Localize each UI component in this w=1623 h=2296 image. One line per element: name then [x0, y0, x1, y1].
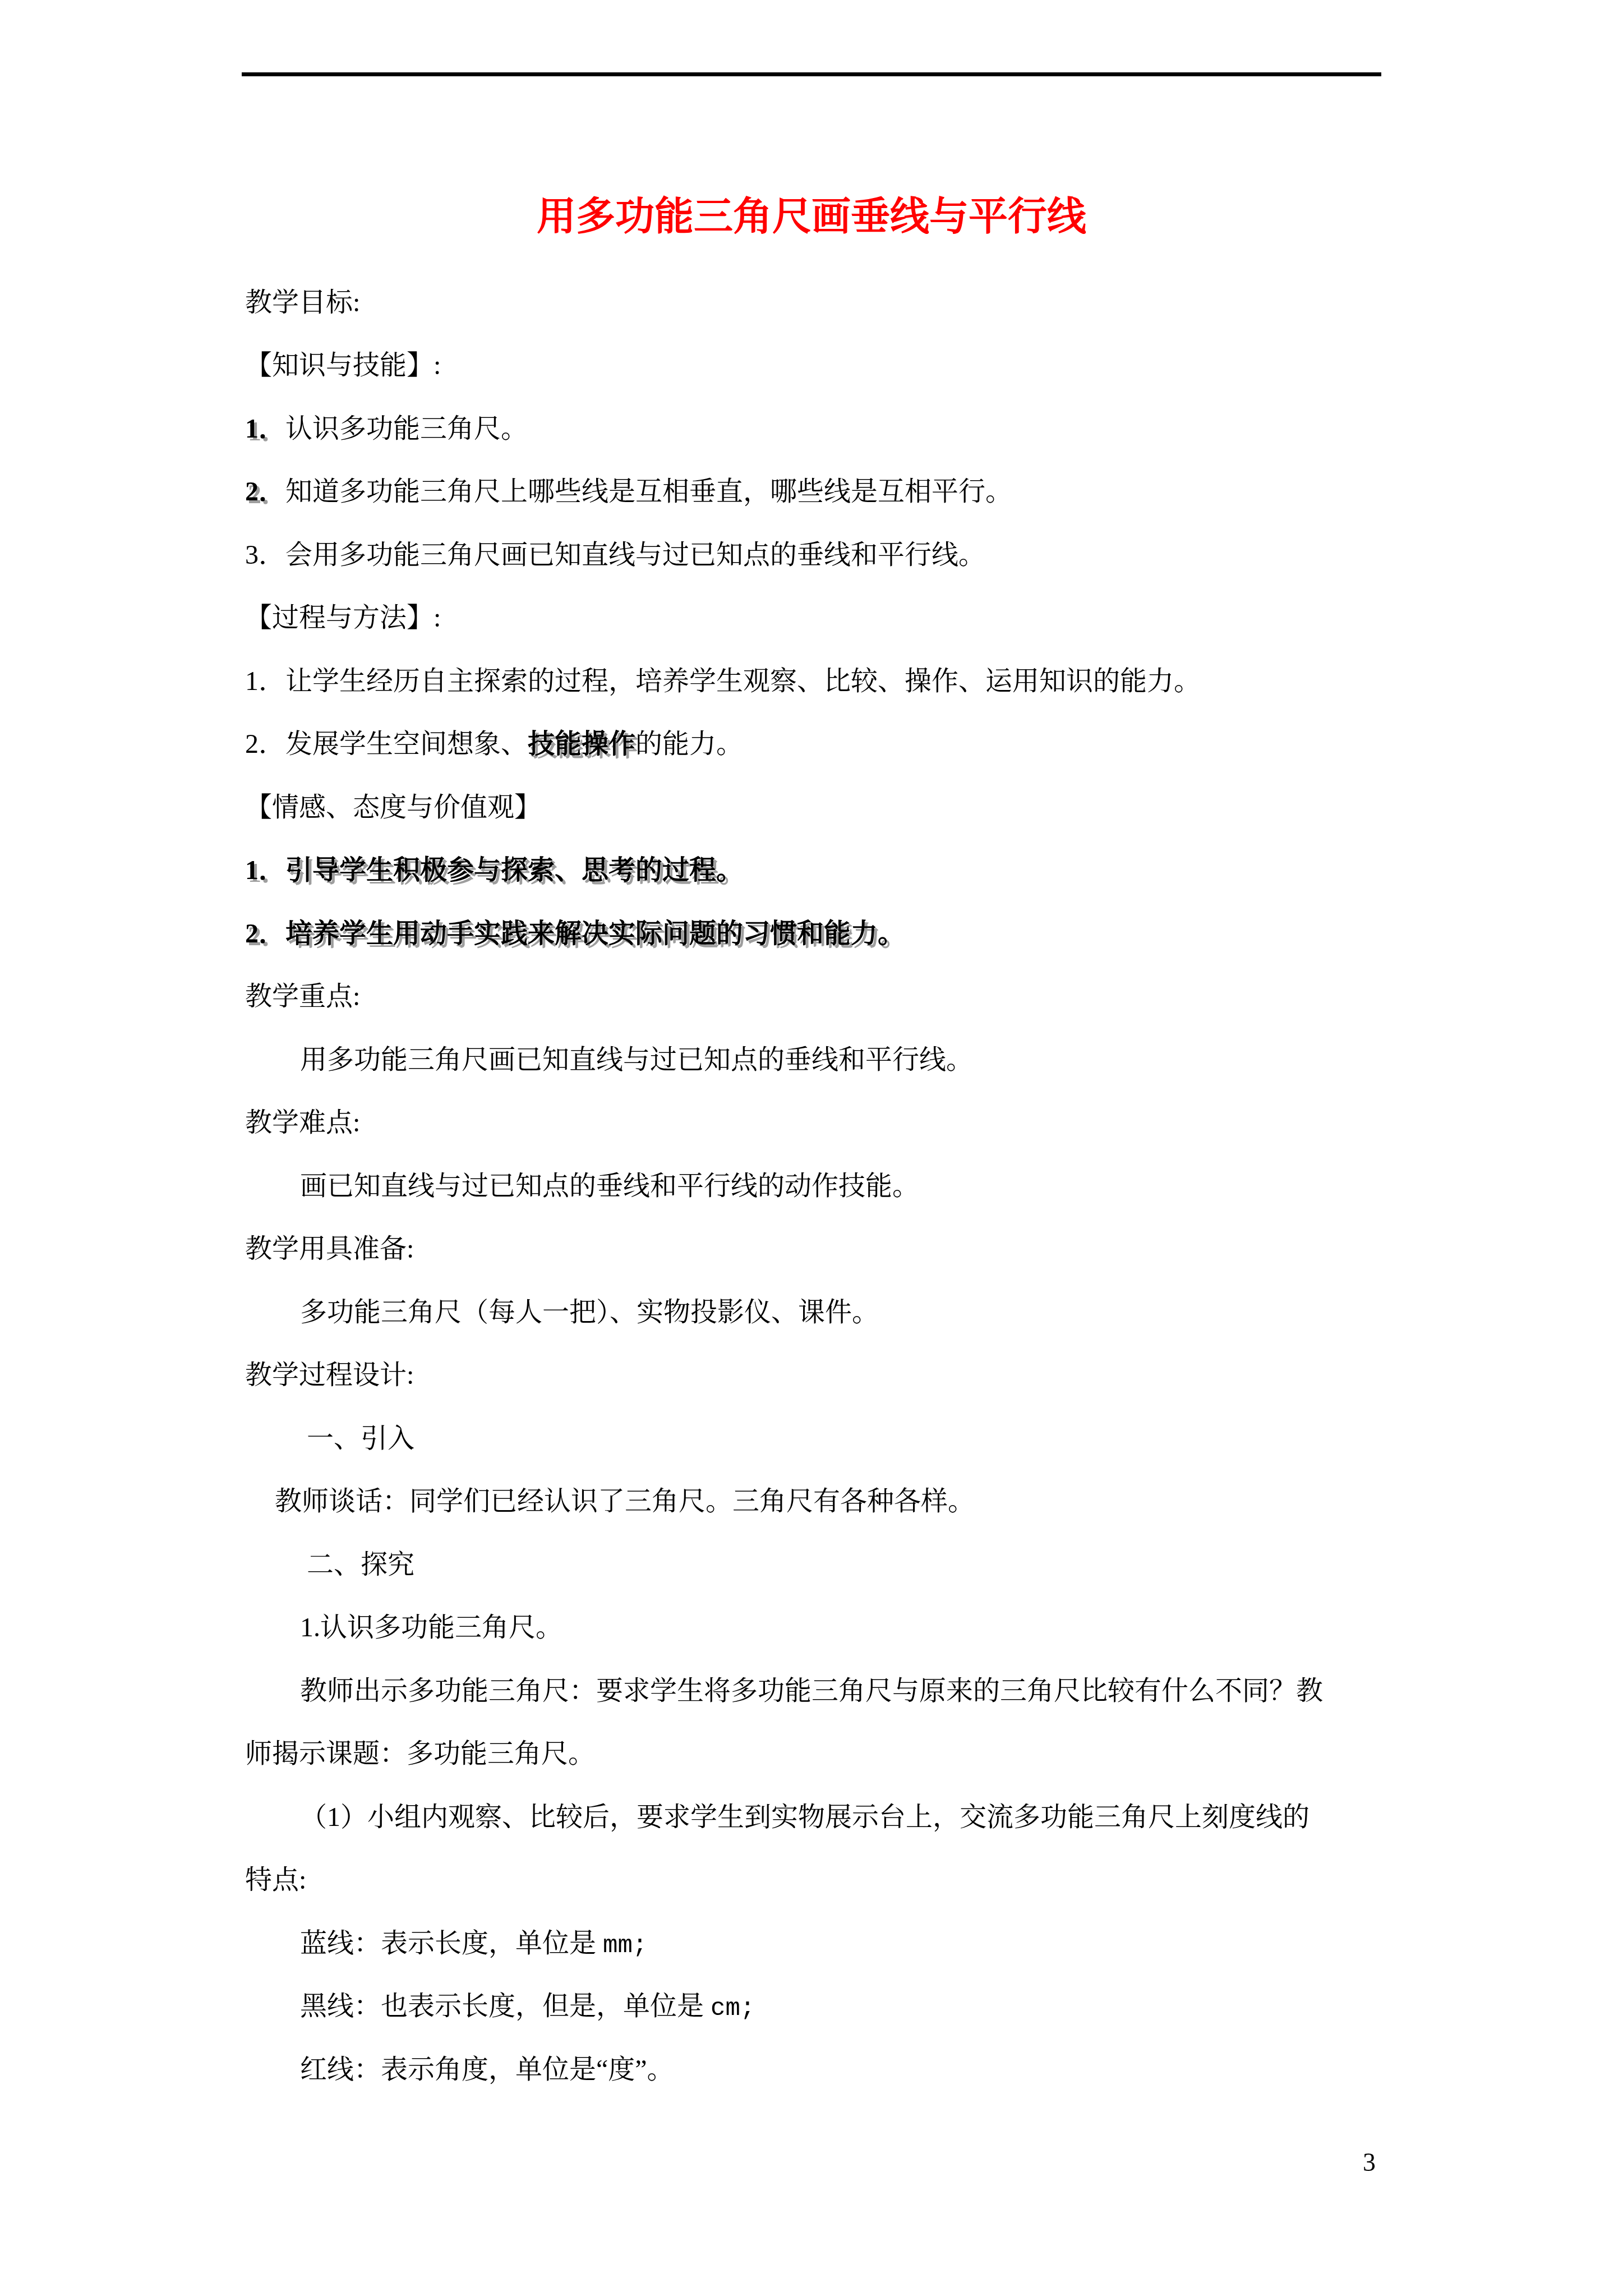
document-page: 用多功能三角尺画垂线与平行线 教学目标: 【知识与技能】: 1．认识多功能三角尺…	[0, 0, 1623, 2296]
para-teaching-aids-content: 多功能三角尺（每人一把）、实物投影仪、课件。	[300, 1281, 879, 1344]
para-observe-line1: （1）小组内观察、比较后，要求学生到实物展示台上，交流多功能三角尺上刻度线的	[300, 1786, 1310, 1849]
page-number: 3	[1363, 2132, 1376, 2193]
ks-item-2-text: 知道多功能三角尺上哪些线是互相垂直，哪些线是互相平行。	[285, 477, 1012, 507]
para-ks-item-3: 3．会用多功能三角尺画已知直线与过已知点的垂线和平行线。	[245, 524, 985, 587]
ks-item-2-number: 2．	[245, 477, 285, 507]
ks-item-1-text: 认识多功能三角尺。	[285, 414, 528, 444]
para-process-method-heading: 【过程与方法】:	[245, 587, 441, 650]
para-difficulties-content: 画已知直线与过已知点的垂线和平行线的动作技能。	[300, 1155, 919, 1218]
para-difficulties-heading: 教学难点:	[245, 1092, 360, 1154]
para-red-line: 红线：表示角度，单位是“度”。	[300, 2039, 674, 2101]
para-observe-line2: 特点:	[245, 1849, 306, 1912]
para-step-1: 1.认识多功能三角尺。	[300, 1596, 562, 1659]
para-teacher-talk: 教师谈话：同学们已经认识了三角尺。三角尺有各种各样。	[275, 1470, 975, 1533]
pm-item-2-tail: 的能力。	[635, 729, 743, 759]
para-ks-item-2: 2．知道多功能三角尺上哪些线是互相垂直，哪些线是互相平行。	[245, 461, 1012, 523]
para-knowledge-skills-heading: 【知识与技能】:	[245, 334, 441, 397]
para-teacher-show-line1: 教师出示多功能三角尺：要求学生将多功能三角尺与原来的三角尺比较有什么不同？教	[300, 1660, 1323, 1723]
para-black-line: 黑线：也表示长度，但是，单位是 cm;	[300, 1975, 755, 2038]
para-teaching-goals-heading: 教学目标:	[245, 272, 360, 334]
ks-item-1-number: 1．	[245, 414, 285, 444]
para-section-2-explore: 二、探究	[307, 1534, 414, 1596]
blue-line-unit: mm;	[603, 1932, 647, 1960]
black-line-text: 黑线：也表示长度，但是，单位是	[300, 1991, 711, 2021]
page-title: 用多功能三角尺画垂线与平行线	[0, 185, 1623, 250]
para-av-item-1: 1．引导学生积极参与探索、思考的过程。	[245, 839, 743, 902]
para-pm-item-2: 2．发展学生空间想象、技能操作的能力。	[245, 713, 743, 776]
para-teaching-aids-heading: 教学用具准备:	[245, 1218, 414, 1281]
pm-item-2-lead: 2．发展学生空间想象、	[245, 729, 528, 759]
para-key-points-content: 用多功能三角尺画已知直线与过已知点的垂线和平行线。	[300, 1029, 973, 1092]
para-av-item-2: 2．培养学生用动手实践来解决实际问题的习惯和能力。	[245, 903, 905, 965]
para-pm-item-1: 1．让学生经历自主探索的过程，培养学生观察、比较、操作、运用知识的能力。	[245, 650, 1201, 713]
blue-line-text: 蓝线：表示长度，单位是	[300, 1929, 603, 1958]
header-rule	[242, 72, 1381, 76]
para-section-1-intro: 一、引入	[307, 1407, 414, 1470]
para-key-points-heading: 教学重点:	[245, 965, 360, 1028]
para-teacher-show-line2: 师揭示课题：多功能三角尺。	[245, 1723, 595, 1786]
para-ks-item-1: 1．认识多功能三角尺。	[245, 398, 528, 461]
para-affect-values-heading: 【情感、态度与价值观】	[245, 776, 541, 839]
para-blue-line: 蓝线：表示长度，单位是 mm;	[300, 1912, 647, 1975]
black-line-unit: cm;	[711, 1995, 755, 2023]
pm-item-2-emphasis: 技能操作	[528, 729, 635, 759]
para-process-design-heading: 教学过程设计:	[245, 1344, 414, 1407]
